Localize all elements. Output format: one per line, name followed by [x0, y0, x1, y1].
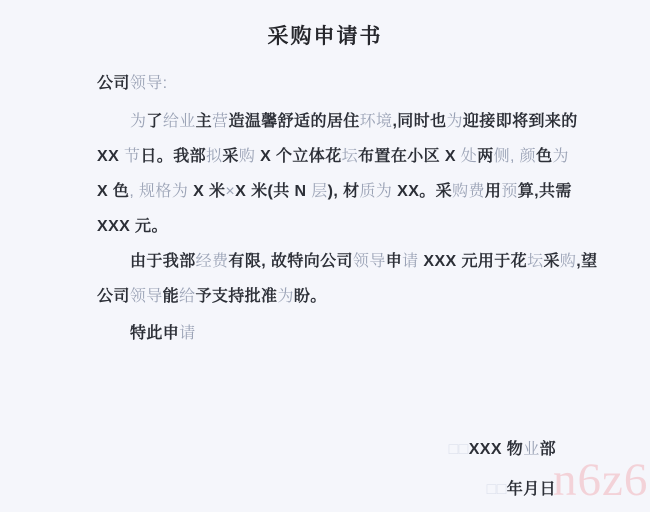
signature-line: □□XXX 物业部 [449, 440, 556, 460]
paragraph1-line3: X 色, 规格为 X 米×X 米(共 N 层), 材质为 XX。采购费用预算,共… [97, 182, 572, 202]
paragraph1-line2: XX 节日。我部拟采购 X 个立体花坛布置在小区 X 处两侧, 颜色为 [97, 147, 569, 167]
paragraph1-line4: XXX 元。 [97, 217, 168, 237]
greeting-line: 公司领导: [97, 74, 167, 94]
watermark: n6z6 [553, 454, 648, 506]
paragraph1-line1: 为了给业主营造温馨舒适的居住环境,同时也为迎接即将到来的 [130, 112, 578, 132]
paragraph2-line1: 由于我部经费有限, 故特向公司领导申请 XXX 元用于花坛采购,望 [130, 252, 598, 272]
document-title: 采购申请书 [0, 20, 650, 50]
paragraph2-line2: 公司领导能给予支持批准为盼。 [97, 287, 327, 307]
purchase-request-document: 采购申请书 公司领导: 为了给业主营造温馨舒适的居住环境,同时也为迎接即将到来的… [0, 0, 650, 512]
date-line: □□年月日 [487, 480, 556, 500]
closing-line: 特此申请 [130, 324, 196, 344]
